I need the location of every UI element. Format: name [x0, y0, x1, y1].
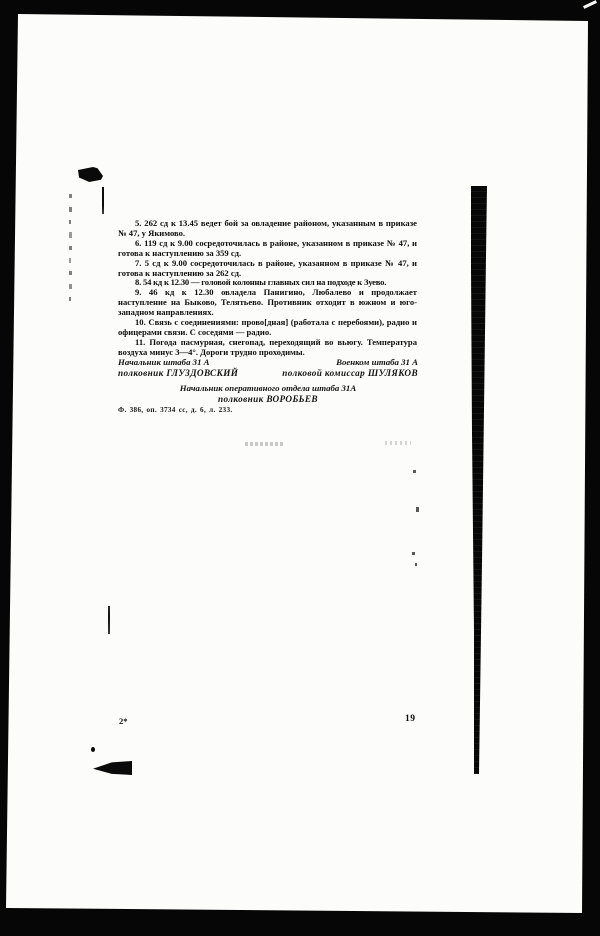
margin-line-artifact: [108, 606, 110, 634]
report-item: 11. Погода пасмурная, снегопад, переходя…: [118, 338, 417, 358]
speck-artifact: [415, 563, 417, 566]
paper-sheet: [0, 0, 600, 936]
signature-role: Военком штаба 31 А: [282, 357, 418, 368]
signature-left: Начальник штаба 31 А полковник ГЛУЗДОВСК…: [118, 357, 238, 379]
scanned-document-page: 5. 262 сд к 13.45 ведет бой за овладение…: [0, 0, 600, 936]
archival-reference: Ф. 386, оп. 3734 сс, д. 6, л. 233.: [118, 406, 232, 414]
signature-name: полковник ГЛУЗДОВСКИЙ: [118, 368, 238, 379]
page-number: 19: [405, 714, 416, 724]
faint-smudge-artifact: [245, 442, 285, 446]
signature-row: Начальник штаба 31 А полковник ГЛУЗДОВСК…: [118, 357, 418, 379]
report-item: 7. 5 сд к 9.00 сосредоточилась в районе,…: [118, 259, 417, 279]
speck-artifact: [412, 552, 415, 555]
margin-specks-artifact: [68, 194, 76, 306]
report-item: 5. 262 сд к 13.45 ведет бой за овладение…: [118, 219, 417, 239]
faint-smudge-artifact: [385, 441, 411, 445]
printers-mark: 2*: [119, 716, 128, 726]
signature-role: Начальник штаба 31 А: [118, 357, 238, 368]
signature-name: полковой комиссар ШУЛЯКОВ: [282, 368, 418, 379]
signature-name: полковник ВОРОБЬЕВ: [118, 394, 418, 405]
speck-artifact: [416, 507, 419, 512]
ink-dot-artifact: [91, 747, 95, 752]
corner-scratch-artifact: [583, 0, 597, 9]
report-item: 9. 46 кд к 12.30 овладела Панигино, Люба…: [118, 288, 417, 318]
speck-artifact: [413, 470, 416, 473]
signature-role: Начальник оперативного отдела штаба 31А: [118, 383, 418, 394]
margin-line-artifact: [102, 187, 104, 214]
document-body: 5. 262 сд к 13.45 ведет бой за овладение…: [118, 219, 417, 358]
report-item: 10. Связь с соединениями: прово[дная] (р…: [118, 318, 417, 338]
report-item: 6. 119 сд к 9.00 сосредоточилась в район…: [118, 239, 417, 259]
signature-center: Начальник оперативного отдела штаба 31А …: [118, 383, 418, 404]
signature-right: Военком штаба 31 А полковой комиссар ШУЛ…: [282, 357, 418, 379]
